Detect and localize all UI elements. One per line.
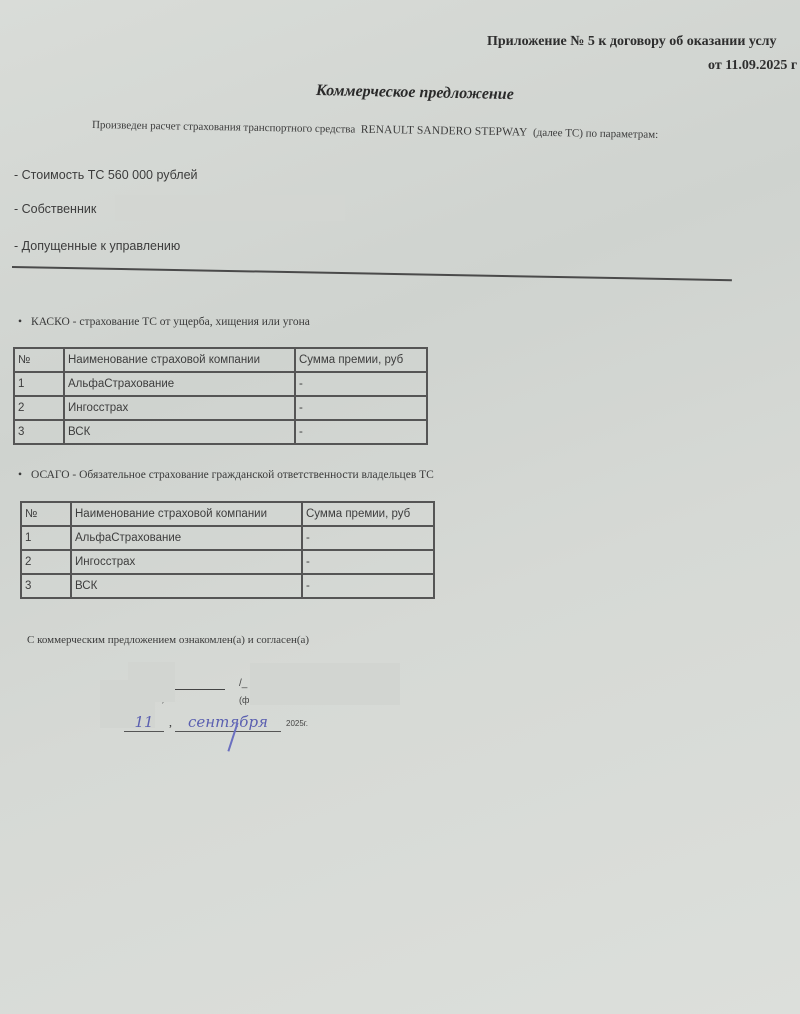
agreement-statement: С коммерческим предложением ознакомлен(а… (27, 634, 309, 646)
param-owner: - Собственник (14, 202, 96, 216)
header-cell-number: № (14, 348, 64, 372)
header-cell-number: № (21, 502, 71, 526)
osago-heading: •ОСАГО - Обязательное страхование гражда… (18, 469, 434, 481)
header-cell-premium: Сумма премии, руб (302, 502, 434, 526)
table-header-row: № Наименование страховой компании Сумма … (14, 348, 427, 372)
signature-separator: /_ (239, 678, 247, 689)
osago-heading-text: ОСАГО - Обязательное страхование граждан… (31, 469, 434, 481)
cell-company: ВСК (71, 574, 302, 598)
appendix-date: от 11.09.2025 г (708, 58, 797, 74)
cell-premium: - (295, 420, 427, 444)
kasko-table: № Наименование страховой компании Сумма … (13, 347, 428, 445)
signature-date: 11 , сентября 2025г. (120, 713, 340, 743)
table-row: 2 Ингосстрах - (14, 396, 427, 420)
table-row: 3 ВСК - (14, 420, 427, 444)
bullet-icon: • (18, 469, 22, 481)
table-row: 1 АльфаСтрахование - (14, 372, 427, 396)
cell-premium: - (295, 372, 427, 396)
osago-table: № Наименование страховой компании Сумма … (20, 501, 435, 599)
cell-company: АльфаСтрахование (64, 372, 295, 396)
appendix-reference: Приложение № 5 к договору об оказании ус… (487, 34, 777, 50)
intro-paragraph: Произведен расчет страхования транспортн… (92, 119, 658, 141)
intro-text-before: Произведен расчет страхования транспортн… (92, 119, 356, 136)
cell-premium: - (295, 396, 427, 420)
vehicle-name: RENAULT SANDERO STEPWAY (361, 124, 528, 139)
table-header-row: № Наименование страховой компании Сумма … (21, 502, 434, 526)
date-year: 2025г. (286, 719, 308, 728)
date-month-handwritten: сентября (175, 713, 281, 732)
cell-premium: - (302, 526, 434, 550)
section-divider (12, 266, 732, 281)
page-title: Коммерческое предложение (316, 82, 514, 104)
cell-premium: - (302, 574, 434, 598)
cell-number: 2 (21, 550, 71, 574)
kasko-heading-text: КАСКО - страхование ТС от ущерба, хищени… (31, 316, 310, 328)
redacted-owner (115, 195, 345, 221)
table-row: 3 ВСК - (21, 574, 434, 598)
table-row: 2 Ингосстрах - (21, 550, 434, 574)
document-page: Приложение № 5 к договору об оказании ус… (0, 0, 800, 1014)
date-comma: , (169, 715, 172, 730)
cell-number: 3 (14, 420, 64, 444)
header-cell-company: Наименование страховой компании (64, 348, 295, 372)
cell-company: Ингосстрах (71, 550, 302, 574)
cell-company: ВСК (64, 420, 295, 444)
header-cell-company: Наименование страховой компании (71, 502, 302, 526)
cell-company: АльфаСтрахование (71, 526, 302, 550)
cell-premium: - (302, 550, 434, 574)
table-row: 1 АльфаСтрахование - (21, 526, 434, 550)
bullet-icon: • (18, 316, 22, 328)
kasko-heading: •КАСКО - страхование ТС от ущерба, хищен… (18, 316, 310, 328)
full-name-label: (ф (239, 695, 249, 705)
cell-number: 1 (14, 372, 64, 396)
cell-number: 2 (14, 396, 64, 420)
param-vehicle-cost: - Стоимость ТС 560 000 рублей (14, 168, 198, 182)
cell-number: 1 (21, 526, 71, 550)
intro-text-after: (далее ТС) по параметрам: (533, 127, 658, 141)
cell-company: Ингосстрах (64, 396, 295, 420)
header-cell-premium: Сумма премии, руб (295, 348, 427, 372)
cell-number: 3 (21, 574, 71, 598)
date-day-handwritten: 11 (124, 713, 164, 732)
redacted-full-name (250, 663, 400, 705)
param-drivers: - Допущенные к управлению (14, 239, 180, 253)
